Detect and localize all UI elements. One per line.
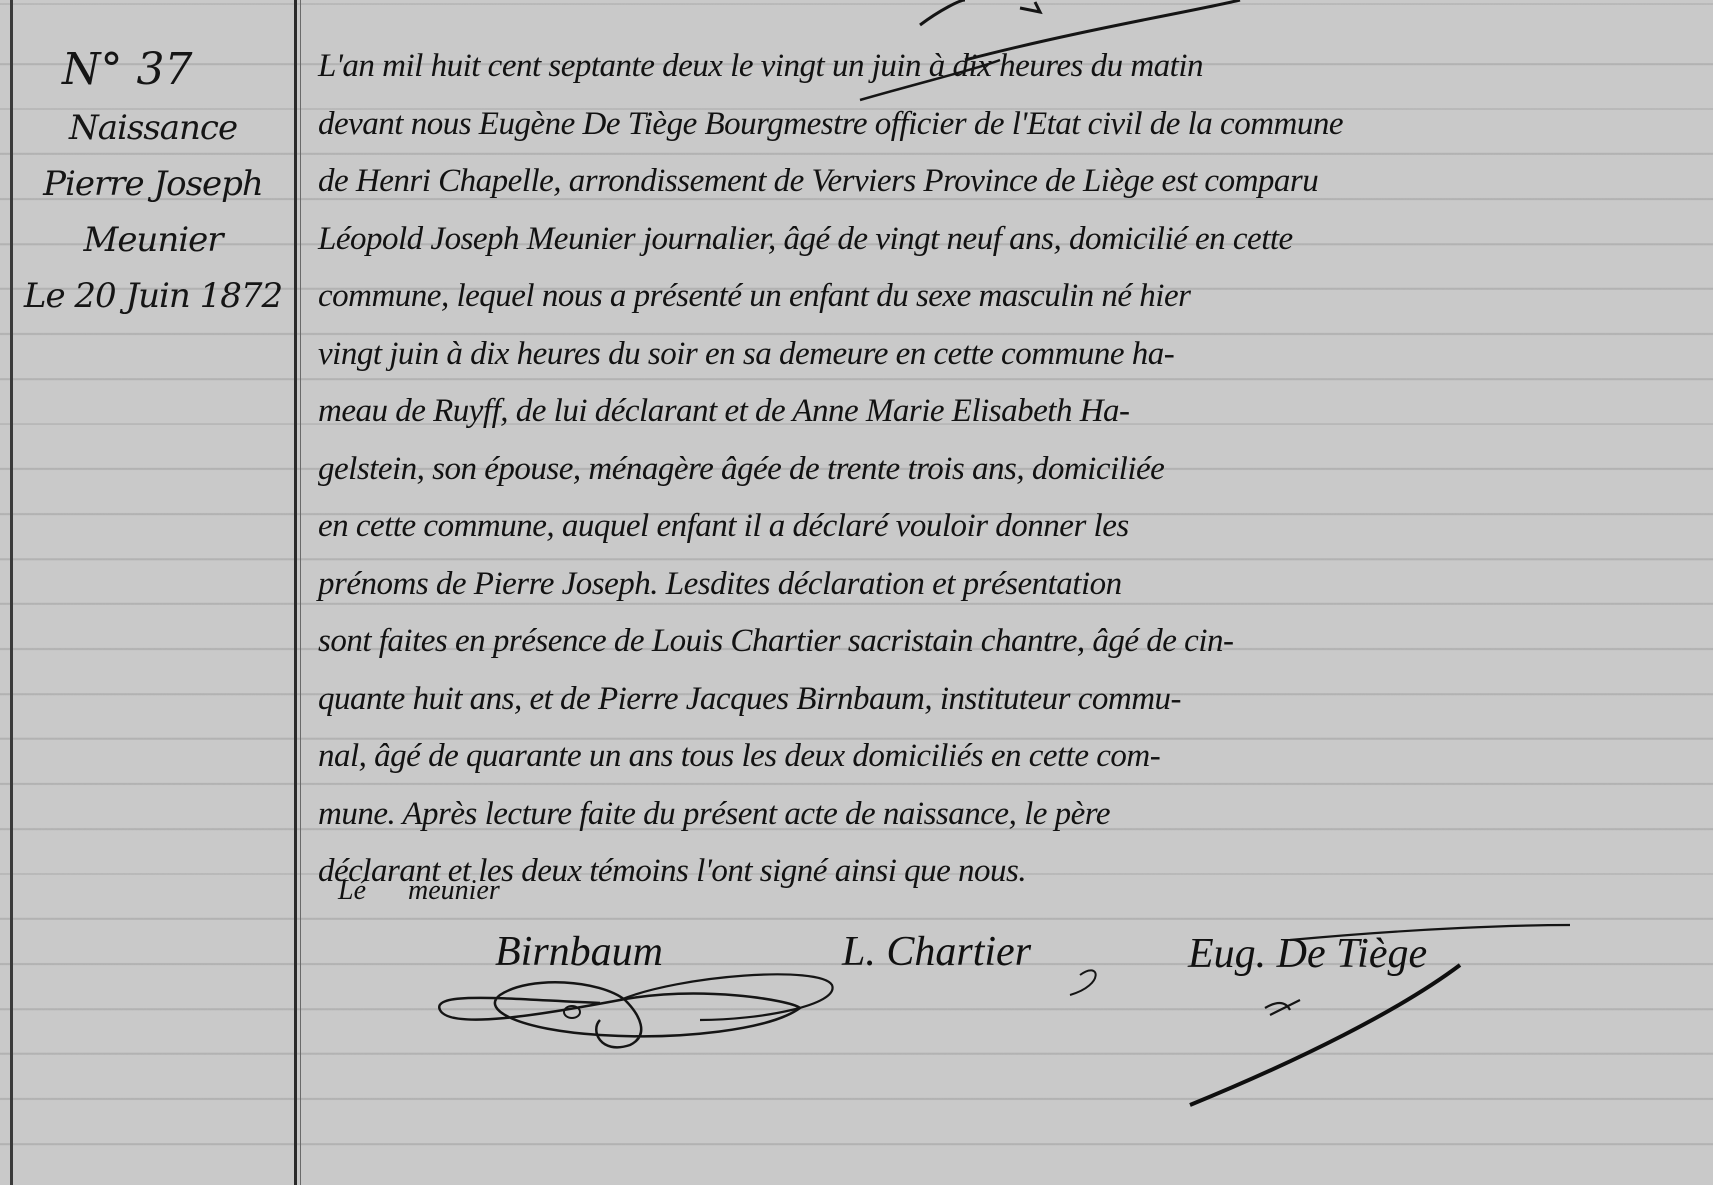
body-line: meau de Ruyff, de lui déclarant et de An…	[318, 383, 1698, 441]
record-body: L'an mil huit cent septante deux le ving…	[318, 38, 1698, 901]
margin-divider-rule	[294, 0, 297, 1185]
body-line: de Henri Chapelle, arrondissement de Ver…	[318, 153, 1698, 211]
body-line: gelstein, son épouse, ménagère âgée de t…	[318, 441, 1698, 499]
body-line: nal, âgé de quarante un ans tous les deu…	[318, 728, 1698, 786]
officer-signature: Eug. De Tiège	[1188, 930, 1427, 978]
witness-signature-chartier: L. Chartier	[842, 928, 1031, 976]
child-given-names: Pierre Joseph	[22, 156, 284, 212]
margin-divider-rule-thin	[300, 0, 301, 1185]
record-type: Naissance	[22, 100, 284, 156]
entry-number: N° 37	[62, 40, 284, 100]
register-page: N° 37 Naissance Pierre Joseph Meunier Le…	[0, 0, 1713, 1185]
body-line: mune. Après lecture faite du présent act…	[318, 786, 1698, 844]
body-line: Léopold Joseph Meunier journalier, âgé d…	[318, 211, 1698, 269]
body-line: en cette commune, auquel enfant il a déc…	[318, 498, 1698, 556]
left-edge-rule	[10, 0, 13, 1185]
body-line: devant nous Eugène De Tiège Bourgmestre …	[318, 96, 1698, 154]
body-line: quante huit ans, et de Pierre Jacques Bi…	[318, 671, 1698, 729]
body-line: déclarant et les deux témoins l'ont sign…	[318, 843, 1698, 901]
margin-column: N° 37 Naissance Pierre Joseph Meunier Le…	[22, 40, 284, 324]
body-line: commune, lequel nous a présenté un enfan…	[318, 268, 1698, 326]
child-surname: Meunier	[22, 212, 284, 268]
body-line: sont faites en présence de Louis Chartie…	[318, 613, 1698, 671]
body-line: L'an mil huit cent septante deux le ving…	[318, 38, 1698, 96]
body-line: prénoms de Pierre Joseph. Lesdites décla…	[318, 556, 1698, 614]
record-date: Le 20 Juin 1872	[22, 268, 284, 324]
witness-signature-birnbaum: Birnbaum	[495, 928, 663, 976]
body-line: vingt juin à dix heures du soir en sa de…	[318, 326, 1698, 384]
